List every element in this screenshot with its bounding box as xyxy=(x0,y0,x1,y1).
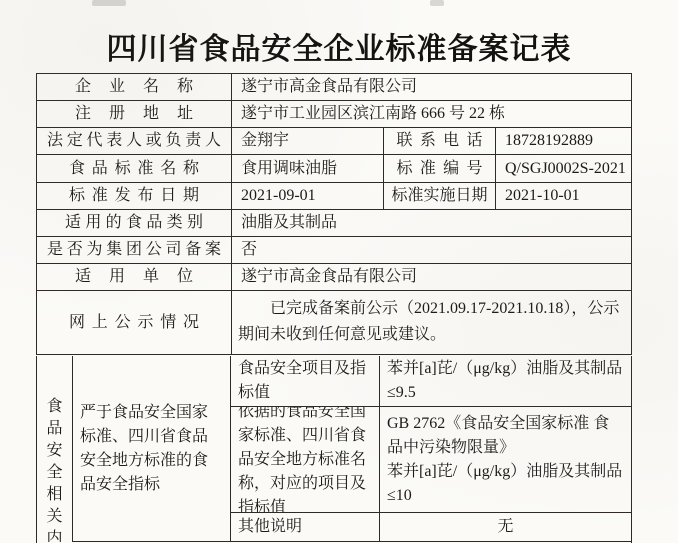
standard-name-value: 食用调味油脂 xyxy=(232,155,384,183)
registered-address-value: 遂宁市工业园区滨江南路 666 号 22 栋 xyxy=(232,101,631,128)
company-name-value: 遂宁市高金食品有限公司 xyxy=(232,74,631,101)
food-safety-section-table: 食品安全相关内 严于食品安全国家标准、四川省食品安全地方标准的食品安全指标 食品… xyxy=(36,356,632,543)
standard-number-value: Q/SGJ0002S-2021 xyxy=(496,155,631,183)
company-name-label: 企业名称 xyxy=(75,75,193,98)
group-filing-value: 否 xyxy=(232,237,631,264)
indicator-value: 苯并[a]芘/（μg/kg）油脂及其制品≤9.5 xyxy=(387,357,624,405)
food-safety-side-label: 食品安全相关内 xyxy=(46,396,63,542)
standard-number-label-cell: 标准编号 xyxy=(384,155,496,183)
legal-representative-label-cell: 法定代表人或负责人 xyxy=(37,128,232,155)
indicator-label: 食品安全项目及指标值 xyxy=(238,357,372,405)
contact-phone-label: 联系电话 xyxy=(397,129,483,152)
standard-name-label: 食品标准名称 xyxy=(69,157,199,180)
basis-value: GB 2762《食品安全国家标准 食品中污染物限量》 苯并[a]芘/（μg/kg… xyxy=(387,412,624,508)
contact-phone-label-cell: 联系电话 xyxy=(384,128,496,155)
food-category-label: 适用的食品类别 xyxy=(65,211,203,234)
basis-value-cell: GB 2762《食品安全国家标准 食品中污染物限量》 苯并[a]芘/（μg/kg… xyxy=(380,407,631,513)
scan-artifact xyxy=(92,0,126,6)
contact-phone-value: 18728192889 xyxy=(496,128,631,155)
publish-date-value: 2021-09-01 xyxy=(232,183,384,210)
online-publicity-label: 网上公示情况 xyxy=(69,311,199,334)
food-category-label-cell: 适用的食品类别 xyxy=(37,210,232,237)
standard-number-label: 标准编号 xyxy=(397,157,483,180)
company-name-label-cell: 企业名称 xyxy=(37,74,232,101)
indicator-value-cell: 苯并[a]芘/（μg/kg）油脂及其制品≤9.5 xyxy=(380,356,631,407)
stricter-standards-group-label-cell: 严于食品安全国家标准、四川省食品安全地方标准的食品安全指标 xyxy=(73,356,231,542)
publish-date-label-cell: 标准发布日期 xyxy=(37,183,232,210)
page-title: 四川省食品安全企业标准备案记表 xyxy=(0,24,678,68)
implement-date-value: 2021-10-01 xyxy=(496,183,631,210)
group-filing-label: 是否为集团公司备案 xyxy=(47,238,221,261)
other-notes-label-cell: 其他说明 xyxy=(231,513,380,542)
group-filing-label-cell: 是否为集团公司备案 xyxy=(37,237,232,264)
implement-date-label: 标准实施日期 xyxy=(391,184,487,207)
legal-representative-label: 法定代表人或负责人 xyxy=(47,129,221,152)
basis-label: 依据的食品安全国家标准、四川省食品安全地方标准名称，对应的项目及指标值 xyxy=(238,407,372,513)
publish-date-label: 标准发布日期 xyxy=(69,184,199,207)
stricter-standards-group-label: 严于食品安全国家标准、四川省食品安全地方标准的食品安全指标 xyxy=(80,401,223,497)
online-publicity-label-cell: 网上公示情况 xyxy=(37,291,232,354)
implement-date-label-cell: 标准实施日期 xyxy=(384,183,496,210)
applicable-unit-label-cell: 适用单位 xyxy=(37,264,232,291)
applicable-unit-value: 遂宁市高金食品有限公司 xyxy=(232,264,631,291)
scan-artifact xyxy=(430,0,444,6)
basis-label-cell: 依据的食品安全国家标准、四川省食品安全地方标准名称，对应的项目及指标值 xyxy=(231,407,380,513)
filing-form-table: 企业名称 遂宁市高金食品有限公司 注册地址 遂宁市工业园区滨江南路 666 号 … xyxy=(36,73,632,355)
legal-representative-value: 金翔宇 xyxy=(232,128,384,155)
registered-address-label-cell: 注册地址 xyxy=(37,101,232,128)
online-publicity-value: 已完成备案前公示（2021.09.17-2021.10.18），公示期间未收到任… xyxy=(232,291,631,354)
other-notes-label: 其他说明 xyxy=(238,515,372,539)
standard-name-label-cell: 食品标准名称 xyxy=(37,155,232,183)
indicator-label-cell: 食品安全项目及指标值 xyxy=(231,356,380,407)
food-safety-side-label-cell: 食品安全相关内 xyxy=(37,356,73,542)
food-category-value: 油脂及其制品 xyxy=(232,210,631,237)
applicable-unit-label: 适用单位 xyxy=(75,265,193,288)
registered-address-label: 注册地址 xyxy=(75,102,193,125)
other-notes-value: 无 xyxy=(380,513,631,542)
